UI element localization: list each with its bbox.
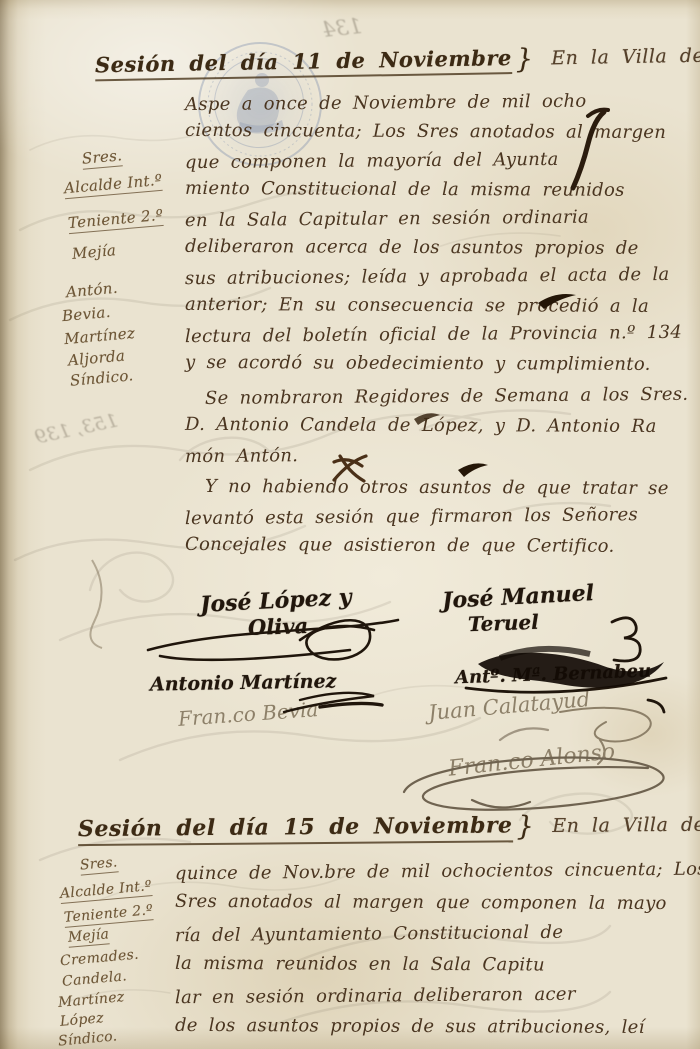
- body-line: món Antón.: [185, 438, 680, 471]
- margin-item: Teniente 2.º: [63, 902, 153, 928]
- body-line: cientos cincuenta; Los Sres anotados al …: [185, 116, 680, 147]
- session2-heading-brace: }: [512, 811, 538, 842]
- body-line: Concejales que asistieron de que Certifi…: [185, 530, 680, 561]
- session1-heading-title: Sesión del día 11 de Noviembre: [95, 45, 512, 81]
- margin-item: Teniente 2.º: [67, 206, 164, 234]
- signature-francisco-alonso: Fran.co Alonso: [447, 739, 616, 781]
- session1-heading-brace: }: [512, 44, 538, 75]
- body-line: anterior; En su consecuencia se procedió…: [185, 290, 680, 321]
- body-line: lar en sesión ordinaria deliberaron acer: [175, 978, 685, 1013]
- signature-jose-manuel: José Manuel: [441, 580, 594, 614]
- margin-item: López: [59, 1010, 104, 1030]
- signature-jose-manuel-line2: Teruel: [468, 610, 540, 636]
- body-line: sus atribuciones; leída y aprobada el ac…: [185, 260, 680, 293]
- signature-francisco-bevia: Fran.co Bevia: [177, 697, 319, 731]
- margin-item: Mejía: [67, 926, 110, 948]
- margin-item: Cremades.: [59, 947, 139, 970]
- session1-body: Aspe a once de Noviembre de mil ocho cie…: [185, 88, 680, 560]
- body-line: quince de Nov.bre de mil ochocientos cin…: [175, 854, 685, 889]
- signature-antonio-bernabeu: Antº. Mª. Bernabeu: [455, 661, 652, 689]
- body-line: Sres anotados al margen que componen la …: [175, 886, 685, 919]
- body-line: ría del Ayuntamiento Constitucional de: [175, 916, 685, 951]
- margin-item: Martínez: [63, 324, 135, 348]
- session2-body: quince de Nov.bre de mil ochocientos cin…: [175, 856, 685, 1042]
- session1-heading: Sesión del día 11 de Noviembre} En la Vi…: [95, 41, 700, 83]
- margin-item: Martínez: [57, 989, 125, 1011]
- margin-item: Antón.: [65, 279, 118, 301]
- body-line: deliberaron acerca de los asuntos propio…: [185, 232, 680, 263]
- session1-heading-continuation: En la Villa de: [551, 45, 700, 70]
- signature-jose-lopez: José López y: [199, 584, 352, 618]
- session2-heading-title: Sesión del día 15 de Noviembre: [78, 812, 513, 846]
- body-line: Se nombraron Regidores de Semana a los S…: [185, 380, 680, 413]
- body-line: levantó esta sesión que firmaron los Señ…: [185, 500, 680, 533]
- margin-item: Alcalde Int.º: [59, 878, 152, 904]
- signature-antonio-martinez: Antonio Martínez: [150, 670, 337, 695]
- ghost-page-number: 134: [321, 14, 363, 42]
- session2-heading: Sesión del día 15 de Noviembre} En la Vi…: [78, 809, 700, 846]
- body-line: D. Antonio Candela de López, y D. Antoni…: [185, 410, 680, 441]
- margin-item: Síndico.: [57, 1028, 118, 1049]
- signature-jose-lopez-line2: Oliva: [248, 613, 309, 640]
- body-line: de los asuntos propios de sus atribucion…: [175, 1010, 685, 1043]
- session2-heading-continuation: En la Villa de Aspe a: [552, 813, 700, 837]
- margin-item: Síndico.: [69, 366, 134, 389]
- body-line: la misma reunidos en la Sala Capitu: [175, 948, 685, 981]
- body-line: que componen la mayoría del Ayunta: [185, 144, 680, 177]
- body-line: lectura del boletín oficial de la Provin…: [185, 318, 680, 351]
- body-line: y se acordó su obedecimiento y cumplimie…: [185, 348, 680, 379]
- margin-item: Bevia.: [61, 303, 111, 325]
- margin-item: Alcalde Int.º: [63, 171, 163, 199]
- body-line: miento Constitucional de la misma reunid…: [185, 174, 680, 205]
- margin-item: Mejía: [71, 241, 117, 263]
- ghost-ledger-numbers: 153, 139: [33, 409, 120, 448]
- signature-juan-calatayud: Juan Calatayud: [427, 687, 591, 725]
- body-line: Y no habiendo otros asuntos de que trata…: [185, 472, 680, 503]
- margin-item: Sres.: [81, 146, 123, 169]
- margin-item: Candela.: [61, 968, 127, 990]
- margin-item: Aljorda: [67, 347, 125, 370]
- margin-item: Sres.: [79, 854, 118, 875]
- manuscript-page: 134 153, 139 Sesión del día 11 de Noviem…: [0, 0, 700, 1049]
- body-line: en la Sala Capitular en sesión ordinaria: [185, 202, 680, 235]
- body-line: Aspe a once de Noviembre de mil ocho: [185, 86, 680, 119]
